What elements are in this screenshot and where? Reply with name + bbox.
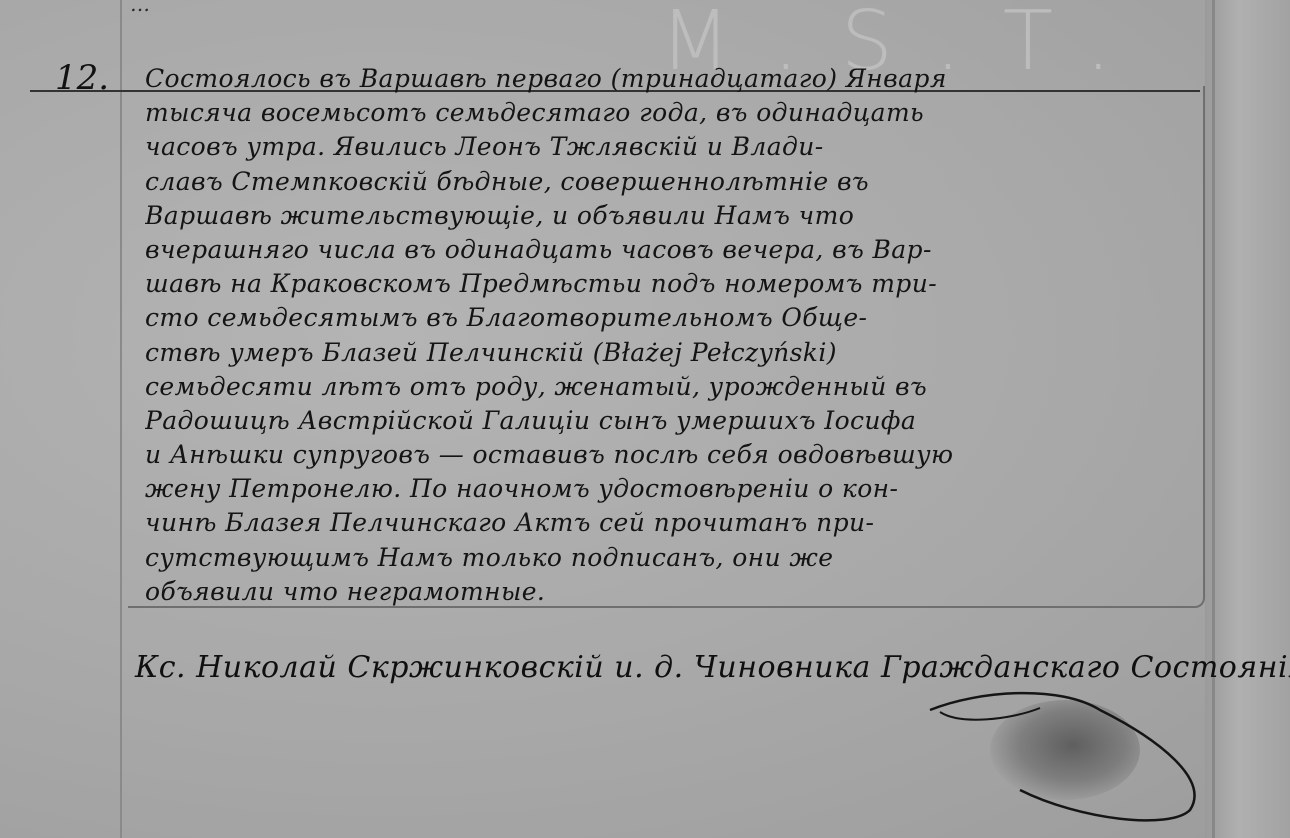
record-line: сутствующимъ Намъ только подписанъ, они … [145,541,1205,575]
record-line: славъ Стемпковскій бѣдные, совершеннолѣт… [145,165,1205,199]
record-line: тысяча восемьсотъ семьдесятаго года, въ … [145,96,1205,130]
signature-flourish-icon [920,680,1220,830]
record-line: Радошицѣ Австрійской Галиціи сынъ умерши… [145,404,1205,438]
record-line: чинѣ Блазея Пелчинскаго Актъ сей прочита… [145,506,1205,540]
left-margin-rule [120,0,122,838]
record-body: Состоялось въ Варшавѣ перваго (тринадцат… [145,62,1205,609]
record-line: и Анѣшки супруговъ — оставивъ послѣ себя… [145,438,1205,472]
record-line: Варшавѣ жительствующіе, и объявили Намъ … [145,199,1205,233]
record-line: жену Петронелю. По наочномъ удостовѣрені… [145,472,1205,506]
record-number: 12. [55,58,109,98]
record-line: вчерашняго числа въ одинадцать часовъ ве… [145,233,1205,267]
previous-entry-fragment: … [130,0,150,16]
record-line: сто семьдесятымъ въ Благотворительномъ О… [145,301,1205,335]
record-line: семьдесяти лѣтъ отъ роду, женатый, урожд… [145,370,1205,404]
record-line: объявили что неграмотные. [145,575,1205,609]
record-line: Состоялось въ Варшавѣ перваго (тринадцат… [145,62,1205,96]
record-line: ствѣ умеръ Блазей Пелчинскій (Błażej Peł… [145,336,1205,370]
scanned-document-page: M.S.T. … 12. Состоялось въ Варшавѣ перва… [0,0,1290,838]
record-line: шавѣ на Краковскомъ Предмѣстьи подъ номе… [145,267,1205,301]
record-line: часовъ утра. Явились Леонъ Тжлявскій и В… [145,130,1205,164]
